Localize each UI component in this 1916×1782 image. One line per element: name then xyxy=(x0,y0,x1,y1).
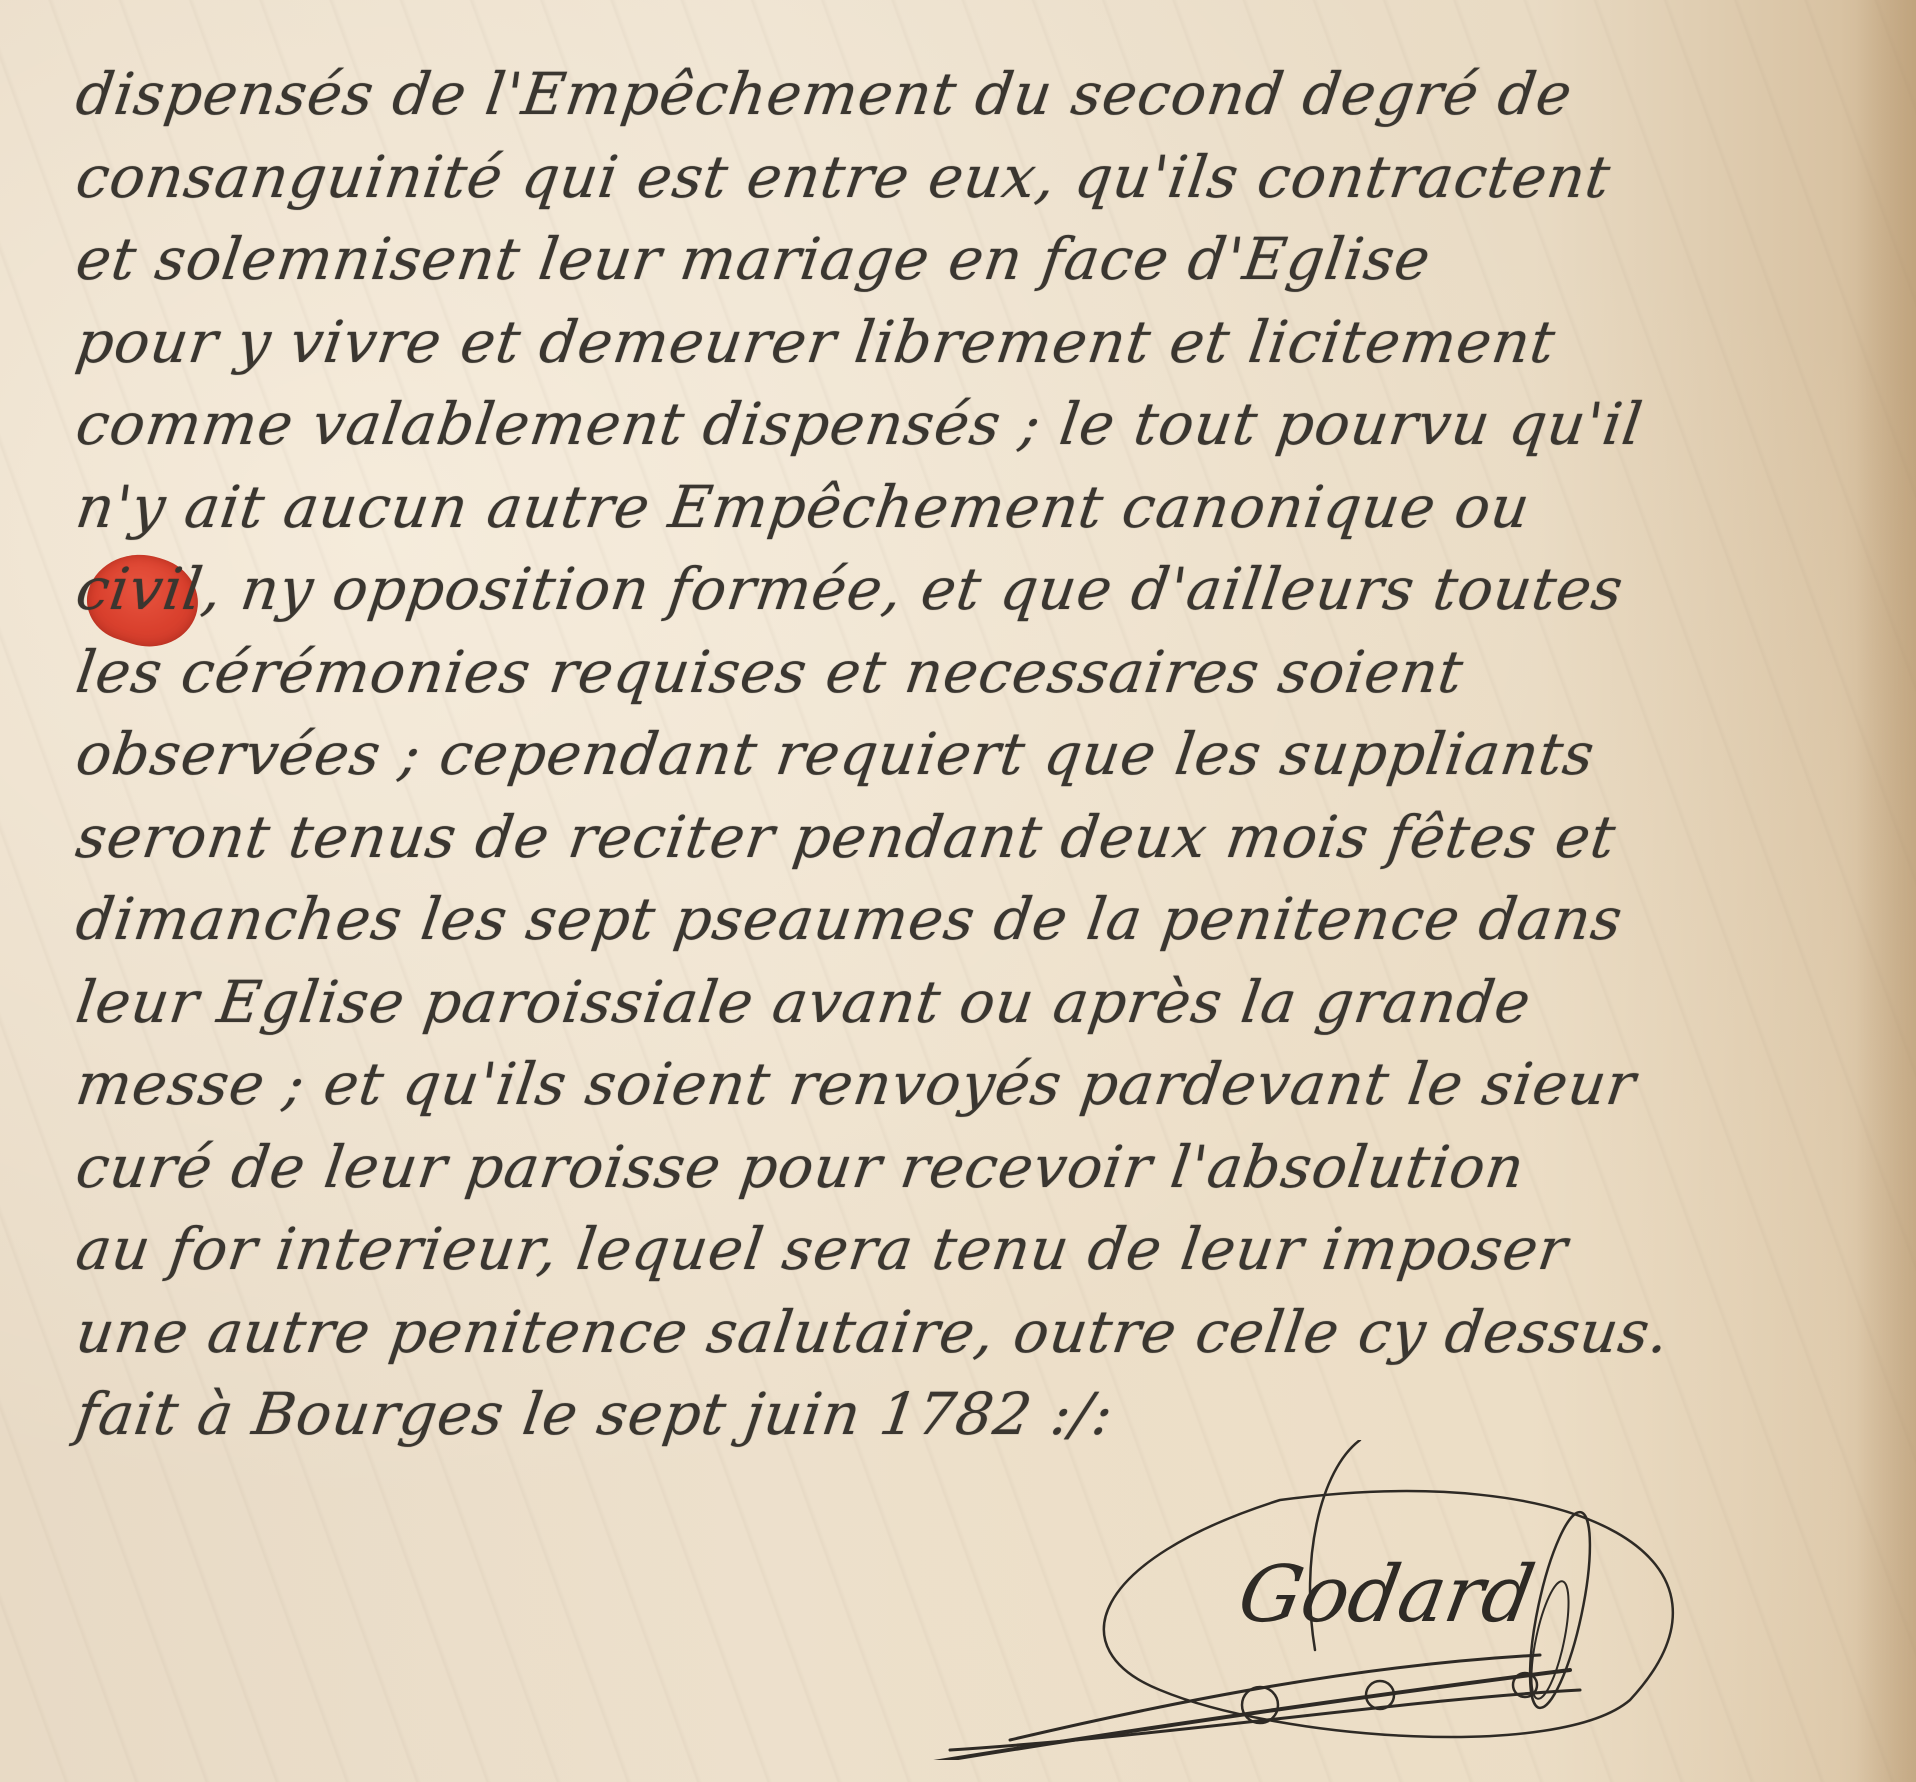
manuscript-line: curé de leur paroisse pour recevoir l'ab… xyxy=(70,1133,1882,1216)
manuscript-line: civil, ny opposition formée, et que d'ai… xyxy=(70,555,1882,638)
manuscript-line: consanguinité qui est entre eux, qu'ils … xyxy=(70,143,1882,226)
manuscript-line: pour y vivre et demeurer librement et li… xyxy=(70,308,1882,391)
manuscript-line: au for interieur, lequel sera tenu de le… xyxy=(70,1215,1882,1298)
signature-name: Godard xyxy=(1232,1550,1541,1640)
manuscript-line: leur Eglise paroissiale avant ou après l… xyxy=(70,968,1882,1051)
manuscript-line: les cérémonies requises et necessaires s… xyxy=(70,638,1882,721)
manuscript-line: seront tenus de reciter pendant deux moi… xyxy=(70,803,1882,886)
manuscript-line: n'y ait aucun autre Empêchement canoniqu… xyxy=(70,473,1882,556)
manuscript-line: dispensés de l'Empêchement du second deg… xyxy=(70,60,1882,143)
signature-block: Godard xyxy=(760,1440,1740,1760)
manuscript-line: messe ; et qu'ils soient renvoyés pardev… xyxy=(70,1050,1882,1133)
manuscript-line: observées ; cependant requiert que les s… xyxy=(70,720,1882,803)
manuscript-page: dispensés de l'Empêchement du second deg… xyxy=(0,0,1916,1782)
manuscript-text: dispensés de l'Empêchement du second deg… xyxy=(70,60,1870,1463)
manuscript-line: comme valablement dispensés ; le tout po… xyxy=(70,390,1882,473)
manuscript-line: dimanches les sept pseaumes de la penite… xyxy=(70,885,1882,968)
manuscript-line: et solemnisent leur mariage en face d'Eg… xyxy=(70,225,1882,308)
manuscript-line: une autre penitence salutaire, outre cel… xyxy=(70,1298,1882,1381)
